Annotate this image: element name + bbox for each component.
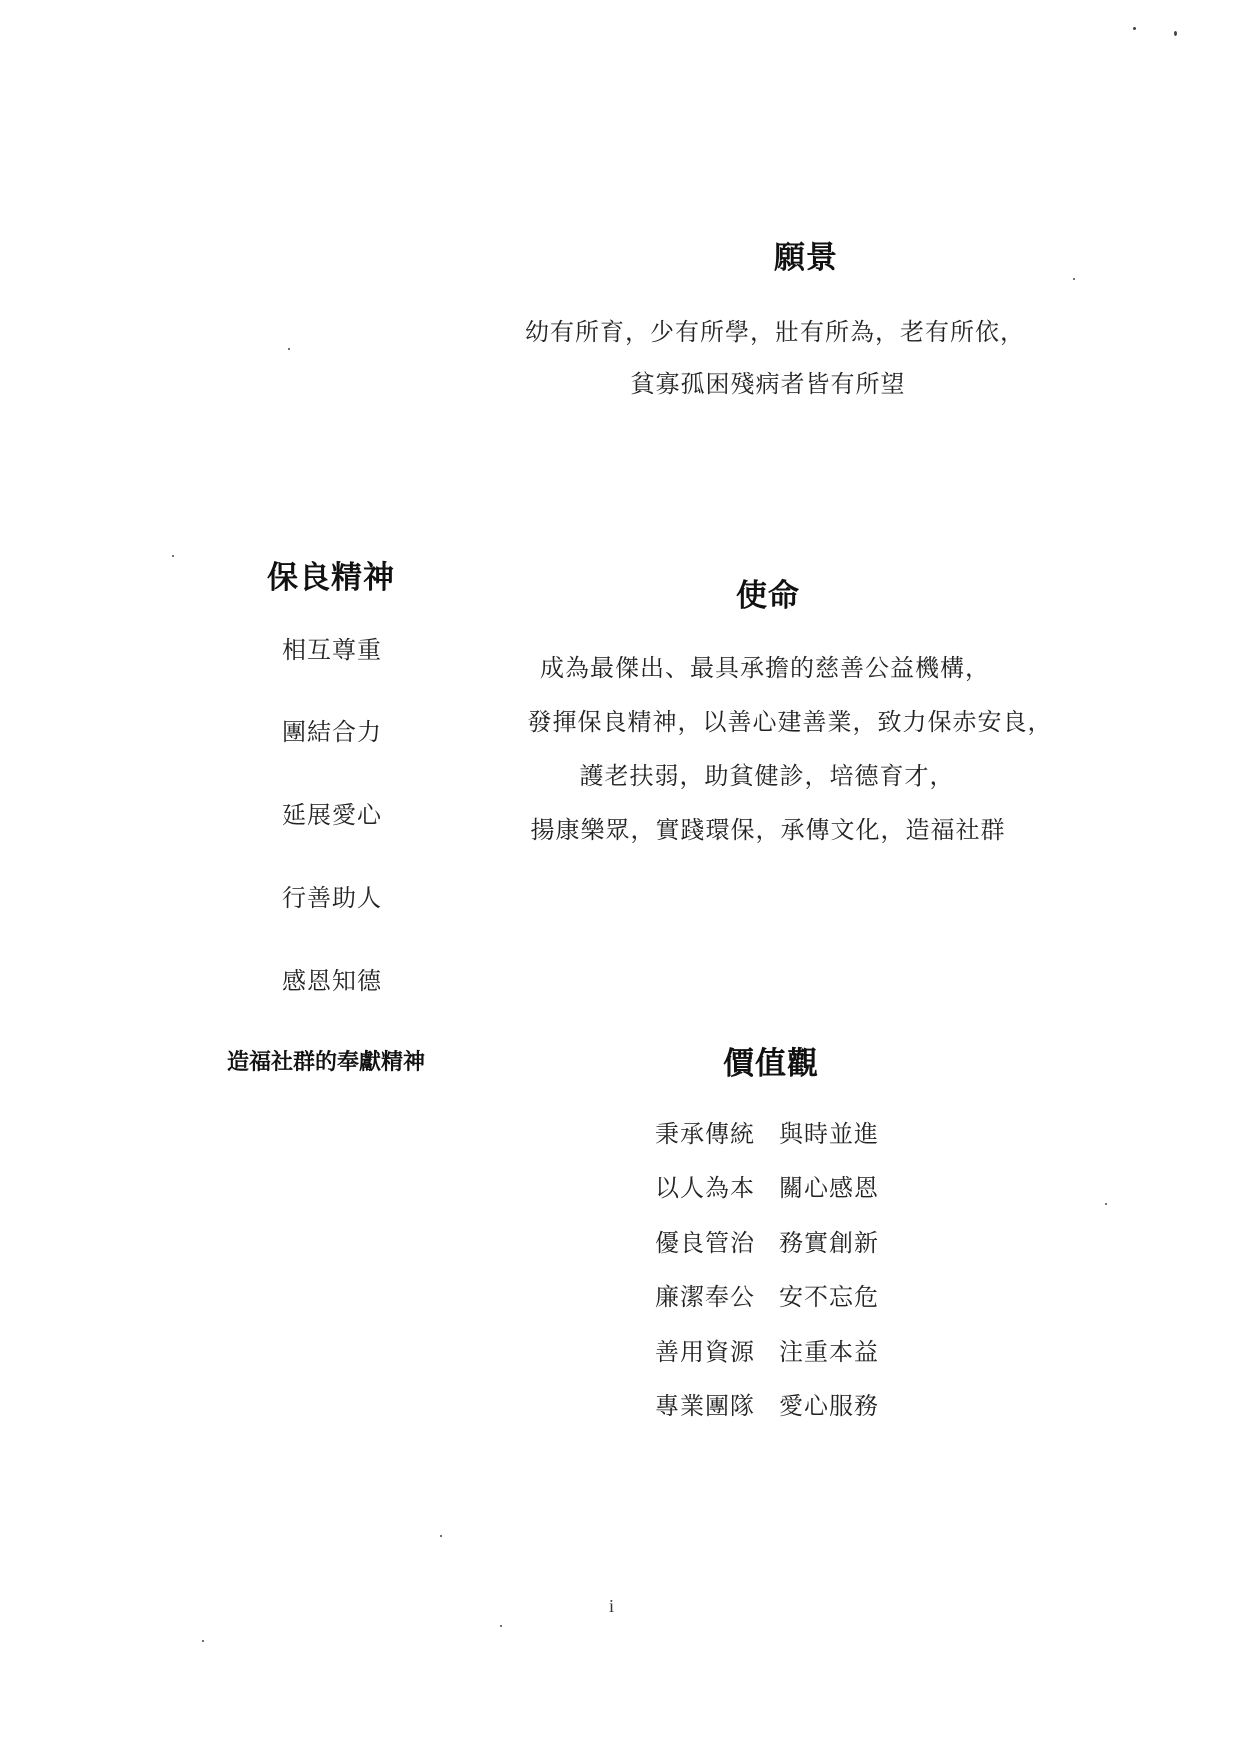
scan-speck: [1105, 1203, 1107, 1205]
vision-line-2: 貧寡孤困殘病者皆有所望: [631, 364, 906, 399]
values-row: 專業團隊愛心服務: [655, 1386, 879, 1421]
vision-line-1: 幼有所育，少有所學，壯有所為，老有所依，: [525, 312, 1025, 347]
value-right: 關心感恩: [779, 1174, 879, 1202]
mission-line-2: 發揮保良精神，以善心建善業，致力保赤安良，: [528, 702, 1053, 737]
mission-line-1: 成為最傑出、最具承擔的慈善公益機構，: [540, 648, 990, 683]
values-row: 善用資源注重本益: [655, 1332, 879, 1367]
values-row: 秉承傳統與時並進: [655, 1114, 879, 1149]
value-left: 善用資源: [655, 1338, 755, 1366]
spirit-item: 行善助人: [282, 878, 382, 913]
scan-speck: [202, 1640, 204, 1642]
vision-title: 願景: [774, 232, 838, 277]
value-left: 秉承傳統: [655, 1120, 755, 1148]
scan-speck: [500, 1625, 502, 1627]
spirit-item: 感恩知德: [282, 961, 382, 996]
scan-speck: [440, 1535, 442, 1537]
mission-line-4: 揚康樂眾，實踐環保，承傳文化，造福社群: [531, 810, 1006, 845]
scan-speck: [1073, 278, 1075, 280]
spirit-item: 相互尊重: [282, 630, 382, 665]
values-title: 價值觀: [723, 1038, 819, 1083]
scan-speck: [1174, 31, 1177, 36]
values-row: 以人為本關心感恩: [655, 1168, 879, 1203]
spirit-title: 保良精神: [267, 552, 395, 597]
values-row: 廉潔奉公安不忘危: [655, 1277, 879, 1312]
value-left: 專業團隊: [655, 1392, 755, 1420]
value-right: 安不忘危: [779, 1283, 879, 1311]
spirit-item: 團結合力: [282, 712, 382, 747]
spirit-footer: 造福社群的奉獻精神: [227, 1045, 425, 1076]
scan-speck: [172, 555, 174, 557]
page-number: i: [609, 1596, 614, 1617]
value-right: 注重本益: [779, 1338, 879, 1366]
value-right: 務實創新: [779, 1229, 879, 1257]
value-right: 愛心服務: [779, 1392, 879, 1420]
scan-speck: [1133, 27, 1136, 30]
value-left: 廉潔奉公: [655, 1283, 755, 1311]
scan-speck: [288, 348, 290, 350]
spirit-item: 延展愛心: [282, 795, 382, 830]
value-right: 與時並進: [779, 1120, 879, 1148]
values-row: 優良管治務實創新: [655, 1223, 879, 1258]
mission-line-3: 護老扶弱，助貧健診，培德育才，: [580, 756, 955, 791]
mission-title: 使命: [736, 570, 800, 615]
value-left: 以人為本: [655, 1174, 755, 1202]
value-left: 優良管治: [655, 1229, 755, 1257]
